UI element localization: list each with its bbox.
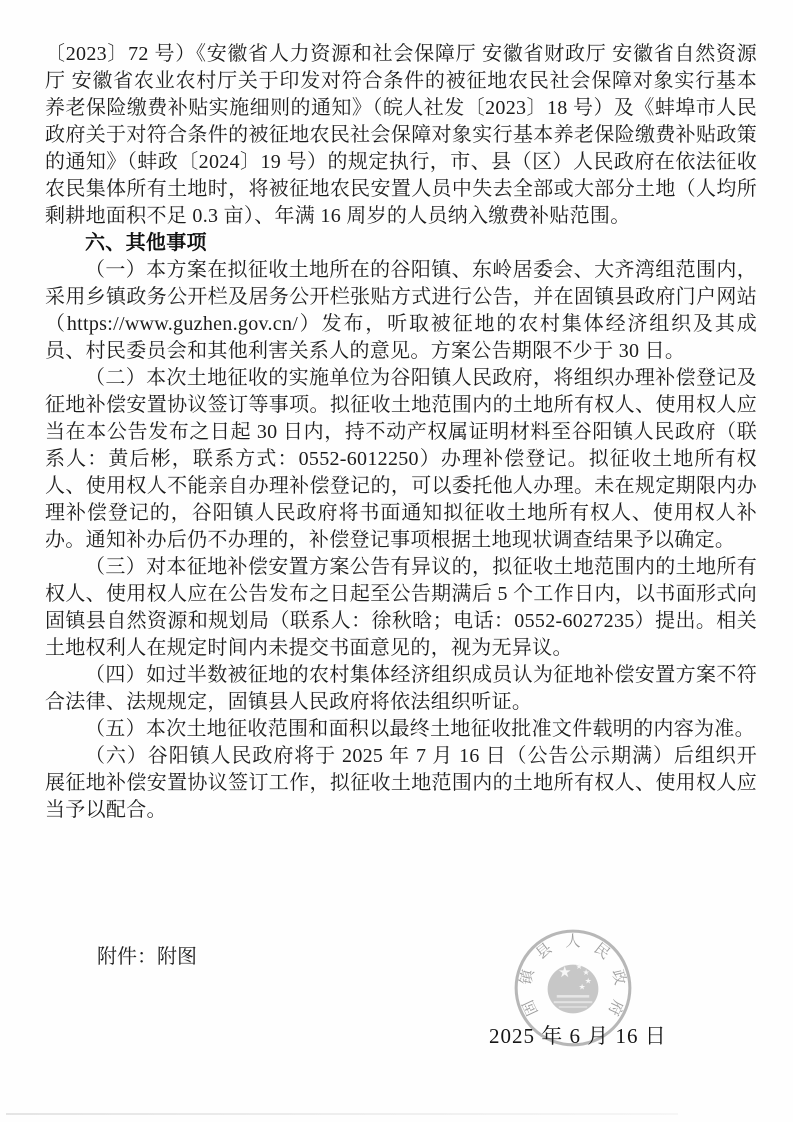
seal-char: 人 xyxy=(565,933,580,950)
document-date: 2025 年 6 月 16 日 xyxy=(489,1020,689,1050)
attachment-line: 附件：附图 xyxy=(45,944,445,971)
paragraph-item-2: （二）本次土地征收的实施单位为谷阳镇人民政府，将组织办理补偿登记及征地补偿安置协… xyxy=(45,365,757,554)
paragraph-item-4: （四）如过半数被征地的农村集体经济组织成员认为征地补偿安置方案不符合法律、法规规… xyxy=(45,662,757,716)
seal-char: 政 xyxy=(608,968,628,987)
national-emblem-icon: ★ ★ ★ ★ ★ xyxy=(548,962,599,1013)
section-heading-other-matters: 六、其他事项 xyxy=(45,230,757,257)
svg-text:★: ★ xyxy=(558,964,572,981)
paragraph-item-5: （五）本次土地征收范围和面积以最终土地征收批准文件载明的内容为准。 xyxy=(45,716,757,743)
paragraph-item-1: （一）本方案在拟征收土地所在的谷阳镇、东岭居委会、大齐湾组范围内，采用乡镇政务公… xyxy=(45,257,757,365)
paragraph-item-6: （六）谷阳镇人民政府将于 2025 年 7 月 16 日（公告公示期满）后组织开… xyxy=(45,743,757,824)
scan-edge-line xyxy=(6,1113,678,1115)
document-page: 〔2023〕72 号）《安徽省人力资源和社会保障厅 安徽省财政厅 安徽省自然资源… xyxy=(0,0,793,1122)
svg-text:★: ★ xyxy=(578,982,585,991)
document-body: 〔2023〕72 号）《安徽省人力资源和社会保障厅 安徽省财政厅 安徽省自然资源… xyxy=(45,41,757,824)
seal-char: 镇 xyxy=(517,966,538,987)
paragraph-item-3: （三）对本征地补偿安置方案公告有异议的，拟征收土地范围内的土地所有权人、使用权人… xyxy=(45,554,757,662)
paragraph-continuation: 〔2023〕72 号）《安徽省人力资源和社会保障厅 安徽省财政厅 安徽省自然资源… xyxy=(45,41,757,230)
